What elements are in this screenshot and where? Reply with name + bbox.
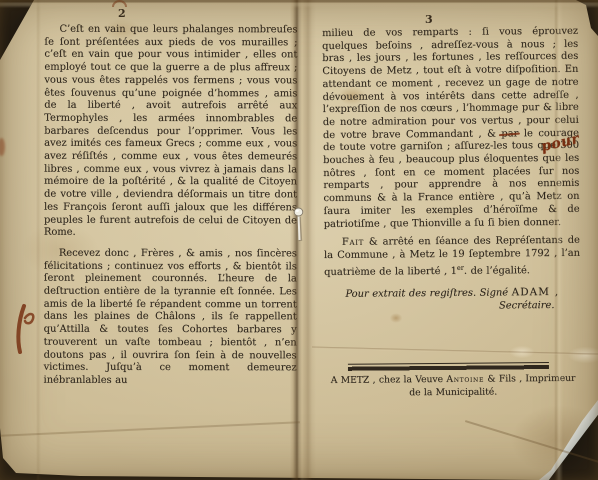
- page-number-left: 2: [118, 7, 126, 20]
- document-scan: 2 3 C’eſt en vain que leurs phalanges no…: [0, 0, 598, 480]
- imprint-text: A METZ , chez la Veuve: [331, 374, 447, 386]
- decree-lead: Fait: [342, 237, 364, 248]
- handwritten-ink-mark: [6, 298, 40, 360]
- body-text: milieu de vos remparts : ſi vous éprouve…: [322, 26, 579, 141]
- printer-imprint: A METZ , chez la Veuve Antoine & Fils , …: [325, 373, 581, 401]
- paragraph: C’eſt en vain que leurs phalanges nombre…: [44, 24, 298, 241]
- paragraph: Recevez donc , Frères , & amis , nos ſin…: [44, 248, 297, 388]
- decree-paragraph: Fait & arrêté en ſéance des Repréſentans…: [324, 235, 580, 279]
- signatory-name: ADAM ,: [512, 286, 560, 298]
- struck-word: par: [501, 128, 518, 139]
- paragraph: milieu de vos remparts : ſi vous éprouve…: [322, 26, 580, 231]
- metal-pin: [289, 204, 311, 244]
- decree-tail: . de l’égalité.: [464, 265, 530, 277]
- printer-name: Antoine: [446, 374, 484, 385]
- ordinal-superscript: er: [457, 263, 464, 271]
- signature-formula: Pour extrait des regiſtres. Signé: [345, 288, 511, 300]
- handwritten-curl-mark: [112, 0, 127, 7]
- page-3-text: milieu de vos remparts : ſi vous éprouve…: [322, 26, 580, 315]
- signatory-role: Secrétaire.: [324, 300, 580, 315]
- page-2-text: C’eſt en vain que leurs phalanges nombre…: [44, 24, 298, 388]
- imprint-text: & Fils , Imprimeur: [484, 373, 575, 385]
- page-number-right: 3: [425, 13, 433, 26]
- imprint-text-line2: de la Municipalité.: [409, 386, 497, 398]
